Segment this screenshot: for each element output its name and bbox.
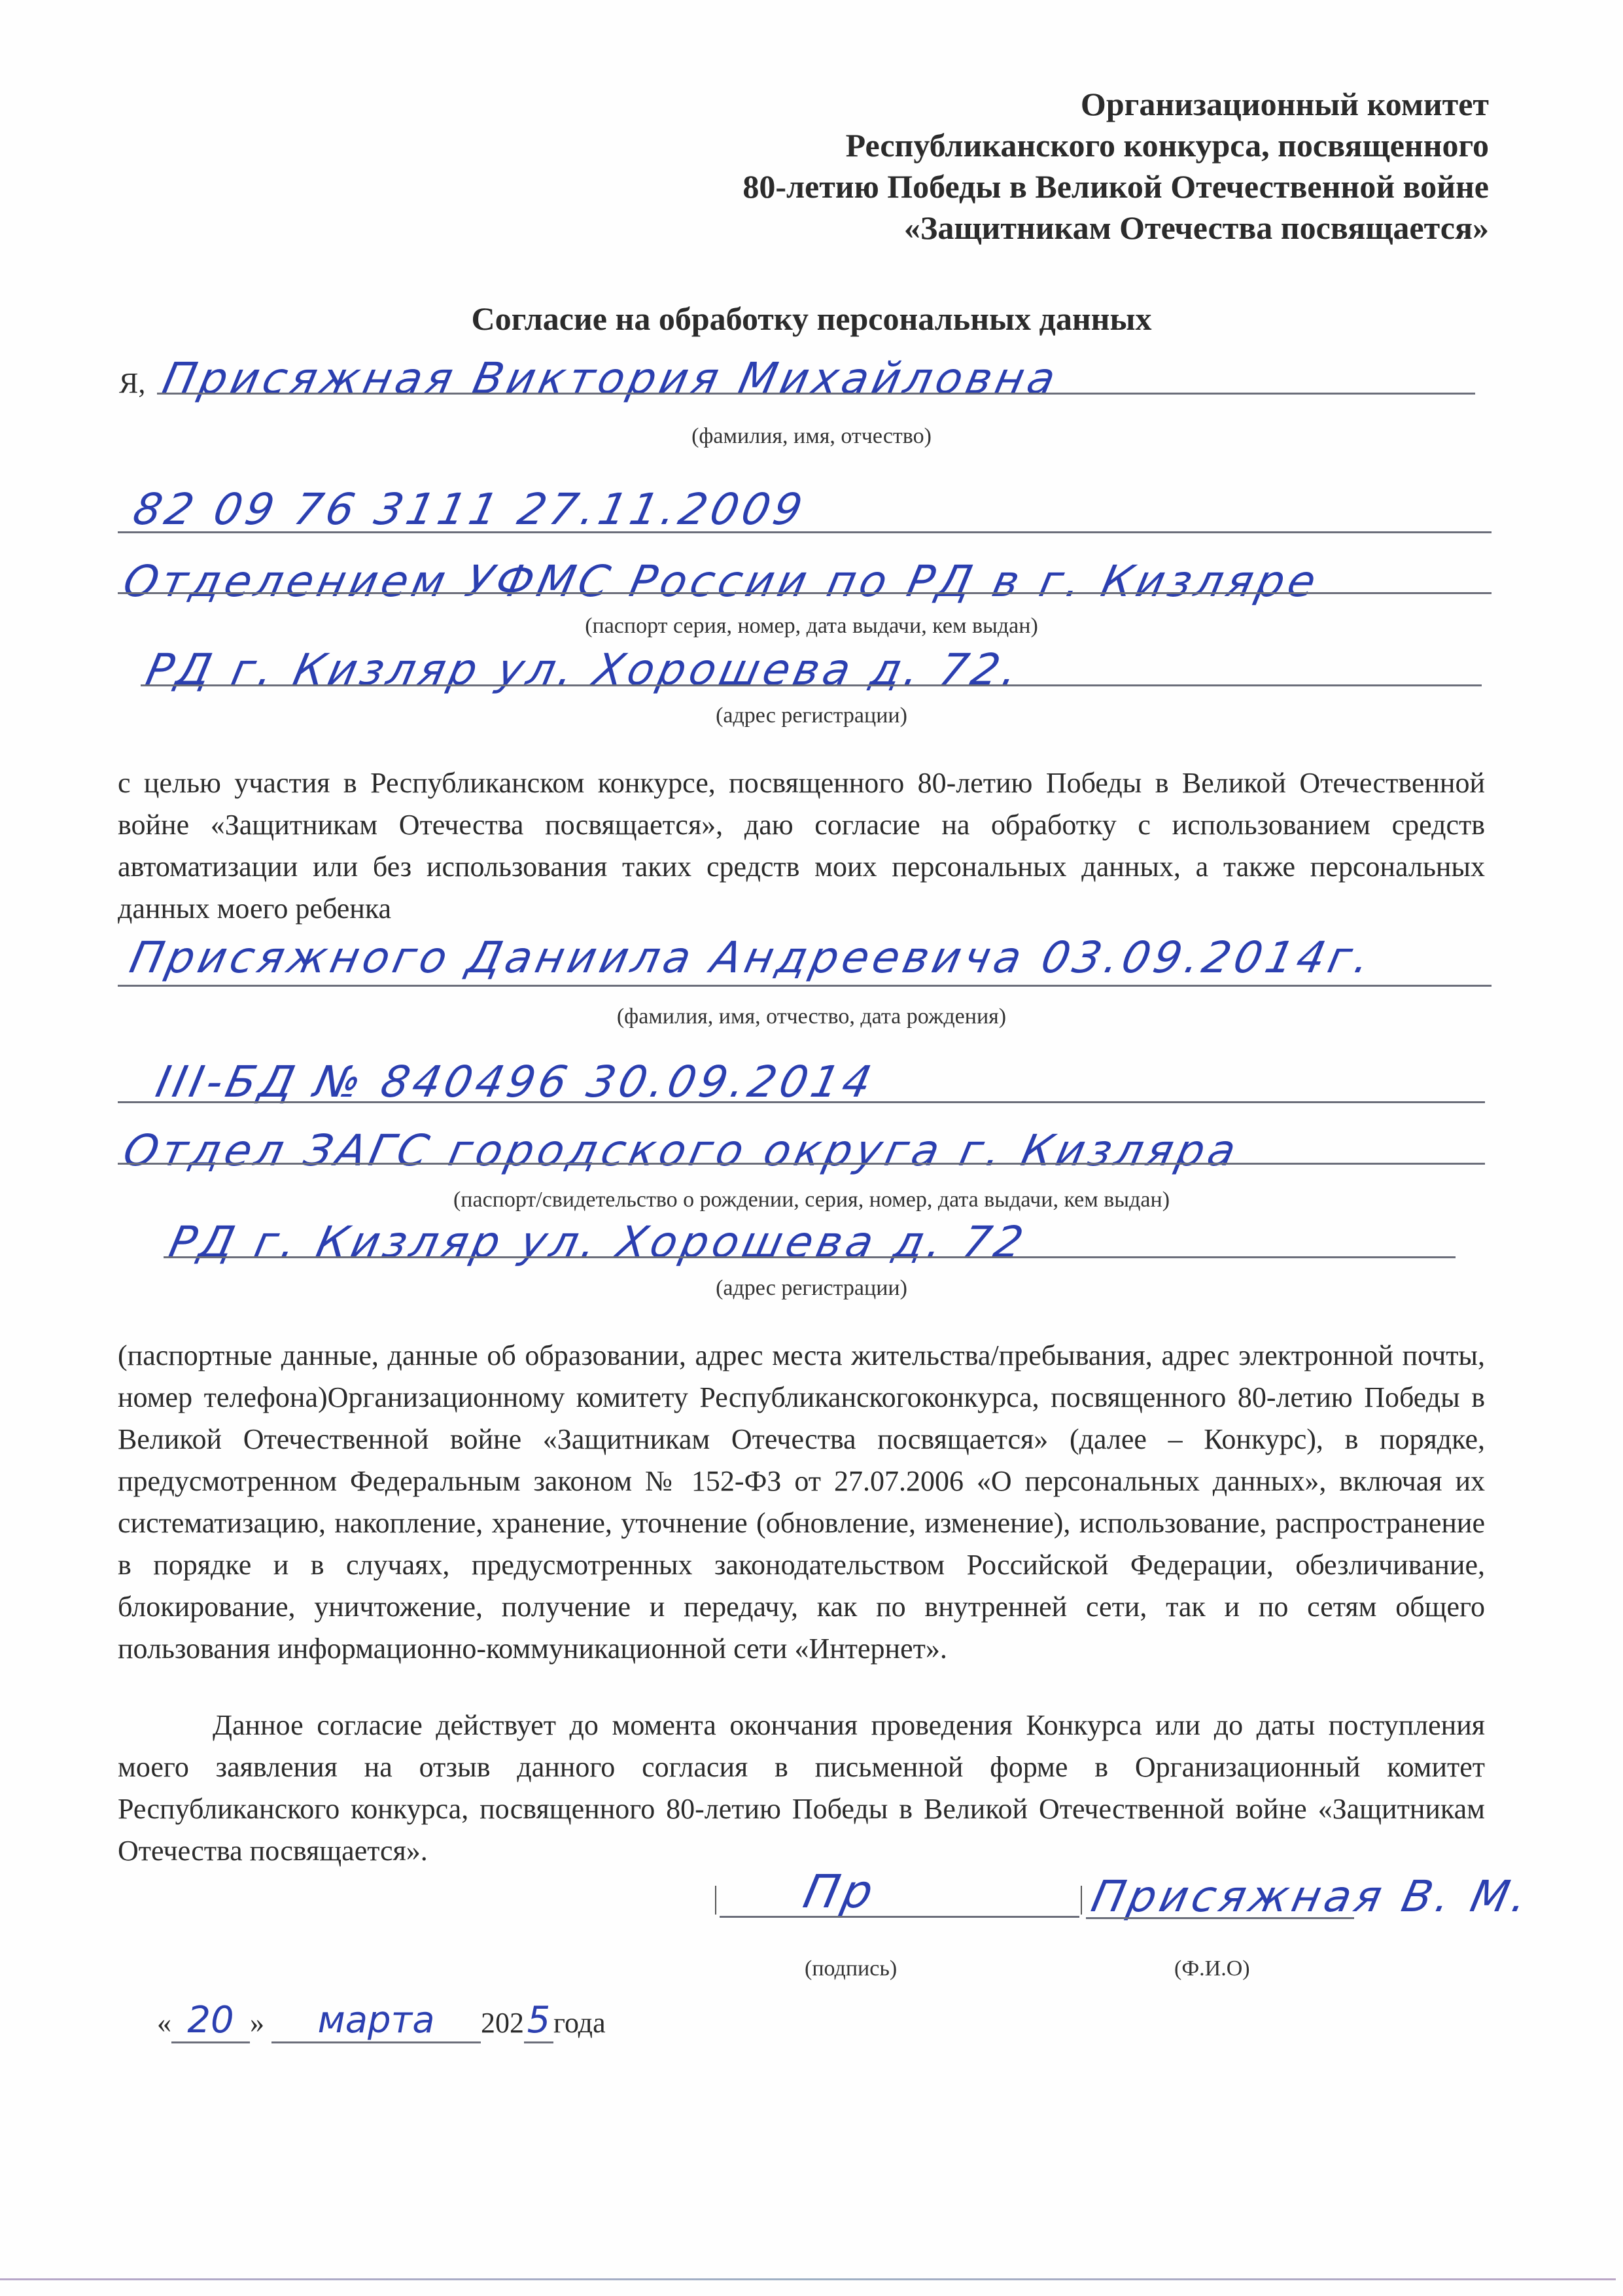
consent-purpose-paragraph: с целью участия в Республиканском конкур… — [118, 762, 1485, 930]
child-certificate-issuer-field[interactable]: Отдел ЗАГС городского округа г. Кизляра — [119, 1125, 1244, 1176]
parent-name-field[interactable]: Присяжная Виктория Михайловна — [158, 353, 1064, 404]
header-line: «Защитникам Отечества посвящается» — [742, 207, 1489, 249]
signature-underline — [720, 1916, 1079, 1918]
signing-date: «20» марта2025года — [157, 1999, 606, 2043]
parent-address-label: (адрес регистрации) — [0, 703, 1623, 728]
signature-field[interactable]: Пр — [799, 1865, 882, 1918]
date-year-digit-field[interactable]: 5 — [524, 1999, 553, 2043]
child-name-underline — [118, 985, 1492, 987]
fio-slash — [1081, 1886, 1082, 1915]
parent-passport-label: (паспорт серия, номер, дата выдачи, кем … — [0, 614, 1623, 639]
consent-document-page: Организационный комитет Республиканского… — [0, 0, 1623, 2296]
child-certificate-number-field[interactable]: III-БД № 840496 30.09.2014 — [152, 1057, 880, 1107]
passport-underline-1 — [118, 531, 1492, 533]
parent-passport-issuer-field[interactable]: Отделением УФМС России по РД в г. Кизляр… — [119, 556, 1324, 607]
child-address-underline — [164, 1256, 1456, 1258]
certificate-underline-2 — [118, 1163, 1485, 1165]
fio-label: (Ф.И.О) — [1174, 1956, 1250, 1981]
header-line: Организационный комитет — [742, 84, 1489, 125]
data-scope-paragraph: (паспортные данные, данные об образовани… — [118, 1335, 1485, 1670]
passport-underline-2 — [118, 592, 1492, 594]
validity-paragraph: Данное согласие действует до момента око… — [118, 1704, 1485, 1872]
fio-underline — [1086, 1917, 1354, 1919]
date-suffix: года — [553, 2007, 606, 2039]
child-name-label: (фамилия, имя, отчество, дата рождения) — [0, 1004, 1623, 1029]
scan-bottom-edge — [0, 2278, 1616, 2280]
parent-passport-number-field[interactable]: 82 09 76 3111 27.11.2009 — [129, 484, 811, 535]
header-line: 80-летию Победы в Великой Отечественной … — [742, 166, 1489, 207]
fio-field[interactable]: Присяжная В. М. — [1087, 1871, 1536, 1922]
child-name-dob-field[interactable]: Присяжного Даниила Андреевича 03.09.2014… — [126, 932, 1378, 983]
document-title: Согласие на обработку персональных данны… — [0, 300, 1623, 338]
child-certificate-label: (паспорт/свидетельство о рождении, серия… — [0, 1188, 1623, 1212]
header-line: Республиканского конкурса, посвященного — [742, 125, 1489, 166]
signature-slash — [715, 1886, 716, 1915]
date-day-field[interactable]: 20 — [171, 1999, 250, 2043]
parent-name-label: (фамилия, имя, отчество) — [0, 424, 1623, 449]
parent-address-field[interactable]: РД г. Кизляр ул. Хорошева д. 72. — [142, 645, 1026, 695]
addressee-header: Организационный комитет Республиканского… — [742, 84, 1489, 249]
signature-label: (подпись) — [805, 1956, 897, 1981]
date-month-field[interactable]: марта — [271, 1999, 481, 2043]
certificate-underline-1 — [118, 1101, 1485, 1103]
date-year-prefix: 202 — [481, 2007, 524, 2039]
date-close-quote: » — [250, 2007, 264, 2039]
child-address-field[interactable]: РД г. Кизляр ул. Хорошева д. 72 — [165, 1217, 1032, 1267]
parent-address-underline — [141, 684, 1482, 686]
child-address-label: (адрес регистрации) — [0, 1276, 1623, 1301]
i-prefix: Я, — [119, 366, 145, 400]
parent-name-underline — [157, 393, 1475, 395]
date-open-quote: « — [157, 2007, 171, 2039]
